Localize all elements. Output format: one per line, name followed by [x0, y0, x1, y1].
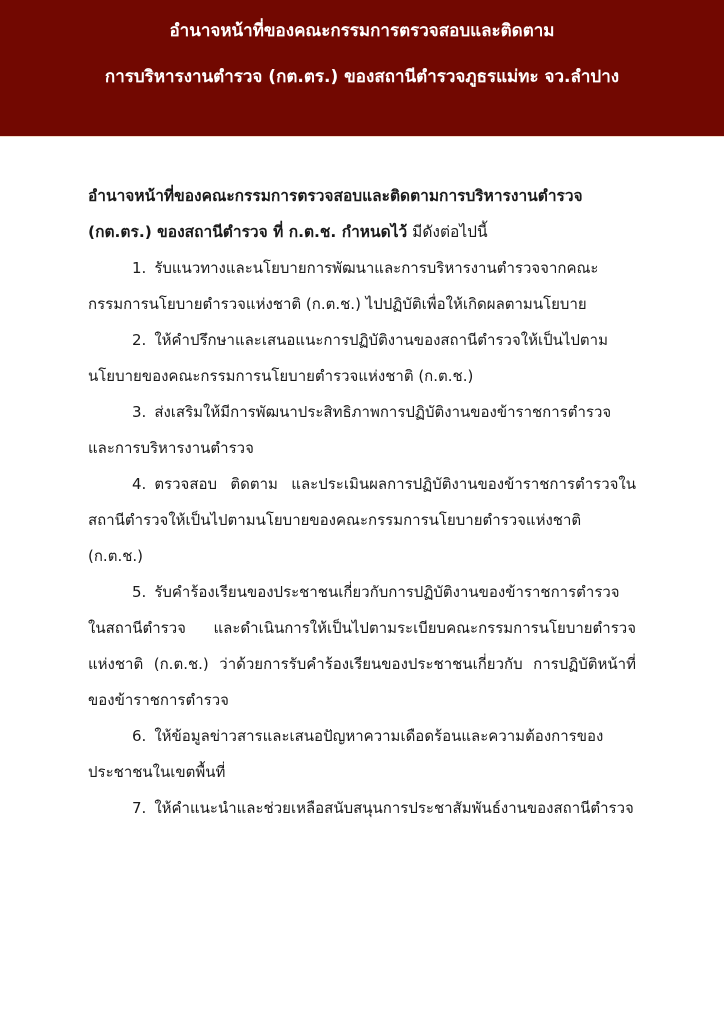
- duty-item-7: 7.ให้คำแนะนำและช่วยเหลือสนับสนุนการประชา…: [88, 790, 636, 826]
- duty-item-text: ให้ข้อมูลข่าวสารและเสนอปัญหาความเดือดร้อ…: [88, 727, 603, 781]
- duty-item-3: 3.ส่งเสริมให้มีการพัฒนาประสิทธิภาพการปฏิ…: [88, 394, 636, 466]
- duty-item-number: 5.: [132, 583, 146, 601]
- intro-paragraph: อำนาจหน้าที่ของคณะกรรมการตรวจสอบและติดตา…: [88, 178, 636, 250]
- duty-item-text: รับแนวทางและนโยบายการพัฒนาและการบริหารงา…: [88, 259, 598, 313]
- duty-item-number: 6.: [132, 727, 146, 745]
- duty-item-4: 4.ตรวจสอบ ติดตาม และประเมินผลการปฏิบัติง…: [88, 466, 636, 574]
- duty-item-text: ตรวจสอบ ติดตาม และประเมินผลการปฏิบัติงาน…: [88, 475, 636, 565]
- duty-item-text: ส่งเสริมให้มีการพัฒนาประสิทธิภาพการปฏิบั…: [88, 403, 611, 457]
- intro-regular-text: มีดังต่อไปนี้: [412, 223, 487, 241]
- duty-item-2: 2.ให้คำปรึกษาและเสนอแนะการปฏิบัติงานของส…: [88, 322, 636, 394]
- duty-item-text: ให้คำแนะนำและช่วยเหลือสนับสนุนการประชาสั…: [154, 799, 634, 817]
- header-title-line-1: อำนาจหน้าที่ของคณะกรรมการตรวจสอบและติดตา…: [169, 21, 554, 41]
- duty-item-5: 5.รับคำร้องเรียนของประชาชนเกี่ยวกับการปฏ…: [88, 574, 636, 718]
- duty-item-number: 7.: [132, 799, 146, 817]
- duty-item-text: ให้คำปรึกษาและเสนอแนะการปฏิบัติงานของสถา…: [88, 331, 608, 385]
- header-title-line-2: การบริหารงานตำรวจ (กต.ตร.) ของสถานีตำรวจ…: [105, 67, 619, 87]
- document-body: อำนาจหน้าที่ของคณะกรรมการตรวจสอบและติดตา…: [88, 178, 636, 826]
- duty-item-number: 3.: [132, 403, 146, 421]
- duty-item-text: รับคำร้องเรียนของประชาชนเกี่ยวกับการปฏิบ…: [88, 583, 636, 709]
- intro-bold-text: อำนาจหน้าที่ของคณะกรรมการตรวจสอบและติดตา…: [88, 187, 583, 241]
- page-header-banner: อำนาจหน้าที่ของคณะกรรมการตรวจสอบและติดตา…: [0, 0, 724, 137]
- duty-item-number: 2.: [132, 331, 146, 349]
- duty-item-1: 1.รับแนวทางและนโยบายการพัฒนาและการบริหาร…: [88, 250, 636, 322]
- duty-item-number: 1.: [132, 259, 146, 277]
- duty-item-6: 6.ให้ข้อมูลข่าวสารและเสนอปัญหาความเดือดร…: [88, 718, 636, 790]
- duty-item-number: 4.: [132, 475, 146, 493]
